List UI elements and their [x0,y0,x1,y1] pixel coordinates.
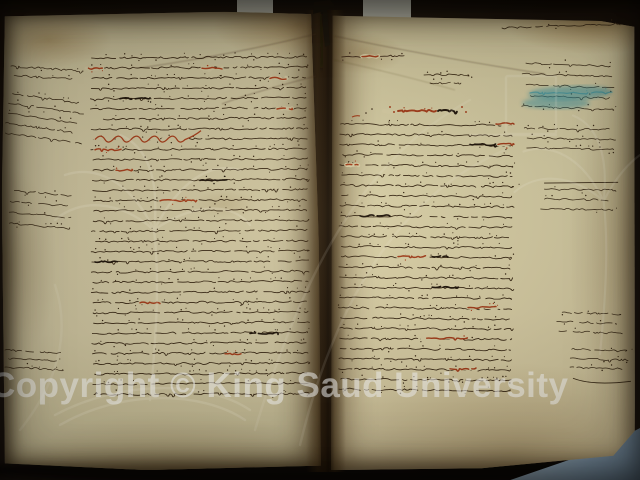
ksu-palm-emblem-watermark [0,0,640,480]
palm-tree-watermark-right [515,116,640,355]
watermark-text: Copyright © King Saud University [0,366,569,406]
manuscript-photo: Copyright © King Saud University [0,0,640,480]
emblem-frame-watermark [470,76,556,135]
